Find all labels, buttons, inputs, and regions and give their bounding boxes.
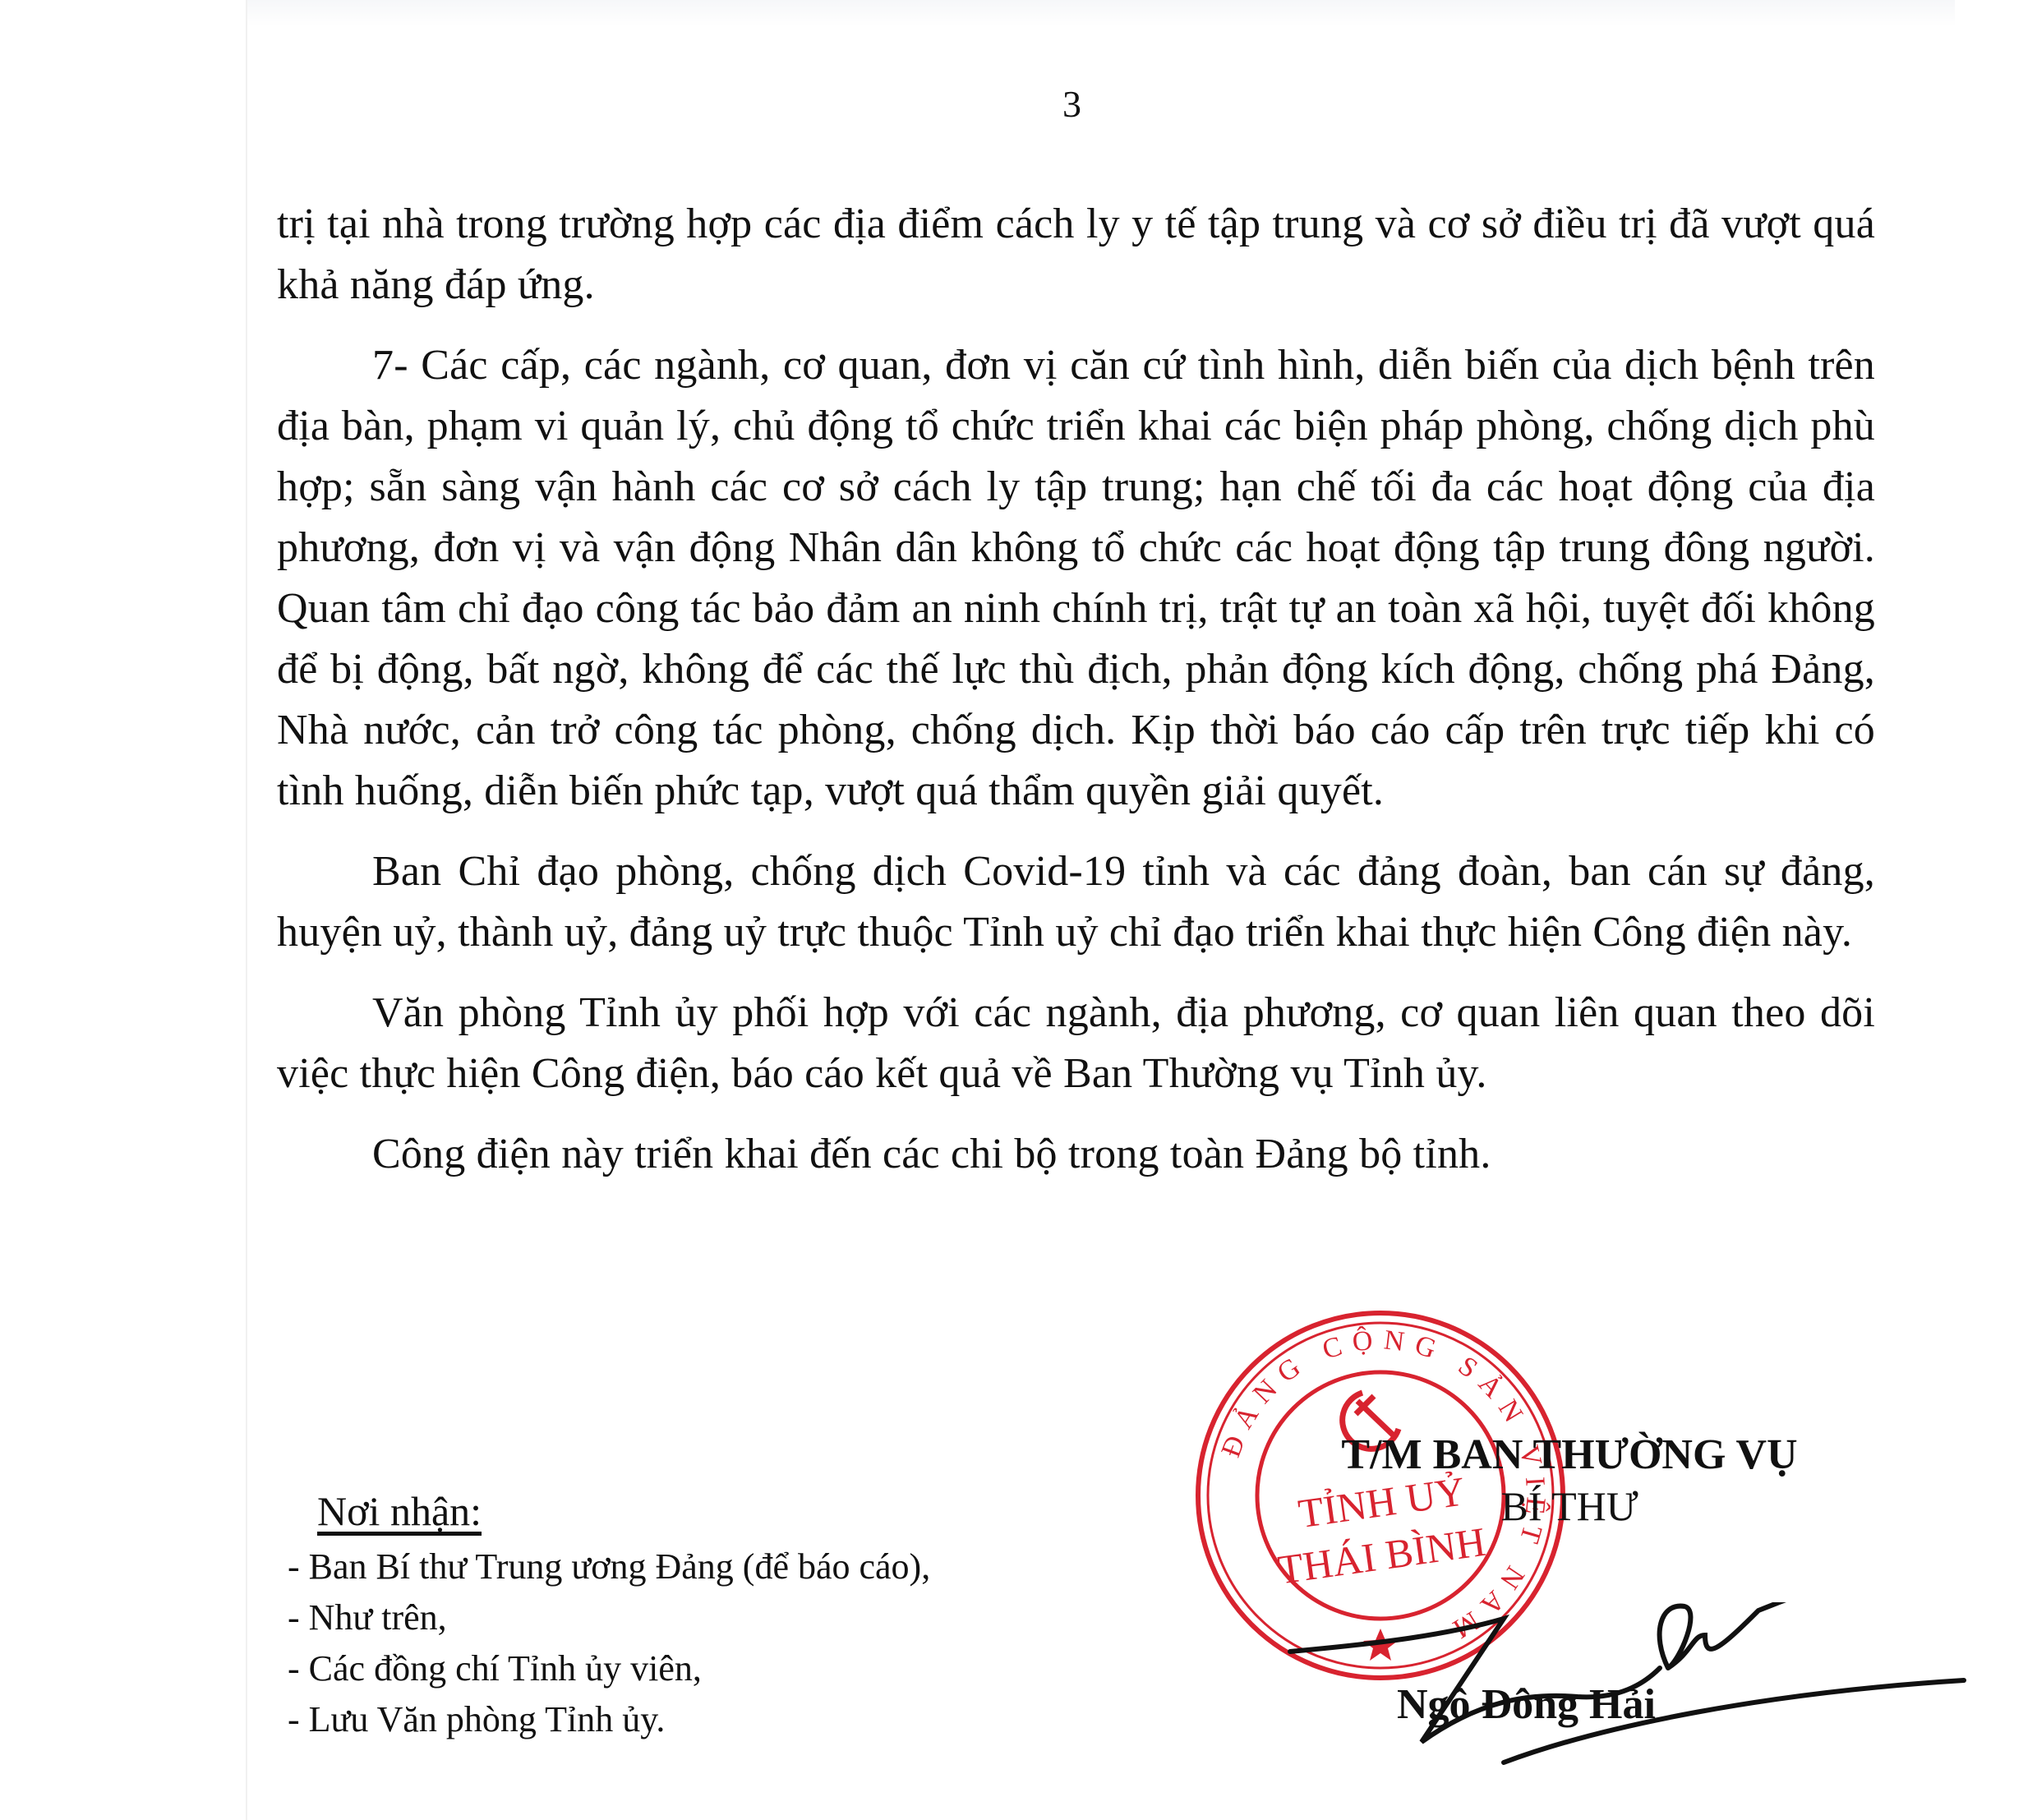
paragraph-office-coordination: Văn phòng Tỉnh ủy phối hợp với các ngành… xyxy=(277,983,1875,1104)
scan-artifact-edge xyxy=(246,0,247,1820)
page-number: 3 xyxy=(0,82,2037,126)
paragraph-steering-committee: Ban Chỉ đạo phòng, chống dịch Covid-19 t… xyxy=(277,841,1875,963)
signature-block: T/M BAN THƯỜNG VỤ BÍ THƯ xyxy=(1282,1430,1857,1532)
recipient-item: Các đồng chí Tỉnh ủy viên, xyxy=(288,1643,930,1694)
recipient-item: Như trên, xyxy=(288,1592,930,1643)
on-behalf-title: T/M BAN THƯỜNG VỤ xyxy=(1282,1430,1857,1481)
paragraph-continuation: trị tại nhà trong trường hợp các địa điể… xyxy=(277,194,1875,316)
recipient-item: Ban Bí thư Trung ương Đảng (để báo cáo), xyxy=(288,1541,930,1592)
signer-role: BÍ THƯ xyxy=(1282,1481,1857,1532)
recipients-title: Nơi nhận: xyxy=(317,1486,482,1537)
paragraph-dissemination: Công điện này triển khai đến các chi bộ … xyxy=(277,1124,1875,1185)
paragraph-item-7: 7- Các cấp, các ngành, cơ quan, đơn vị c… xyxy=(277,335,1875,822)
recipients-list: Ban Bí thư Trung ương Đảng (để báo cáo),… xyxy=(288,1541,930,1745)
recipients-block: Nơi nhận: Ban Bí thư Trung ương Đảng (để… xyxy=(288,1486,930,1745)
document-body: trị tại nhà trong trường hợp các địa điể… xyxy=(277,194,1875,1205)
scan-artifact-top xyxy=(247,0,1955,26)
signer-name: Ngô Đông Hải xyxy=(1397,1680,1656,1729)
recipient-item: Lưu Văn phòng Tỉnh ủy. xyxy=(288,1694,930,1745)
